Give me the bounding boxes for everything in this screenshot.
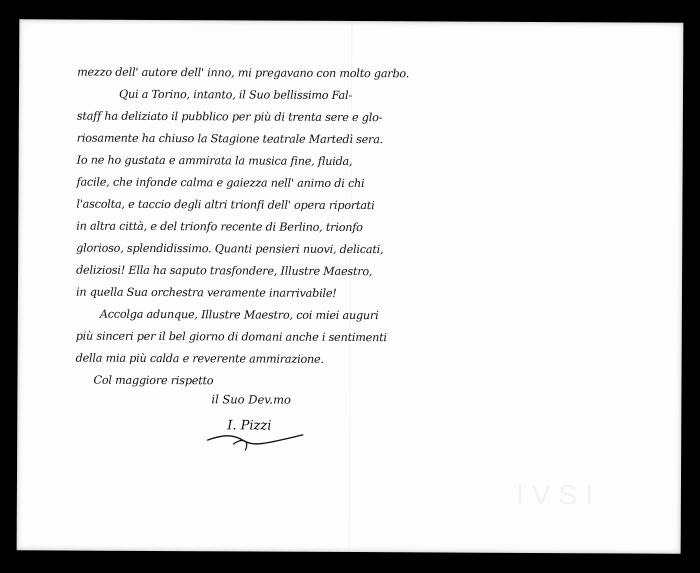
signature-flourish bbox=[203, 428, 313, 453]
letter-line-11: in quella Sua orchestra veramente inarri… bbox=[76, 286, 337, 300]
letter-line-8: in altra città, e del trionfo recente di… bbox=[76, 220, 363, 234]
letter-line-15: Col maggiore rispetto bbox=[93, 374, 213, 388]
letter-line-13: più sinceri per il bel giorno di domani … bbox=[76, 330, 387, 345]
letter-line-3: staff ha deliziato il pubblico per più d… bbox=[77, 110, 382, 125]
letter-line-14: della mia più calda e reverente ammirazi… bbox=[76, 352, 324, 366]
faint-watermark: IVSI bbox=[516, 479, 601, 511]
letter-line-6: facile, che infonde calma e gaiezza nell… bbox=[77, 176, 365, 191]
letter-line-4: riosamente ha chiuso la Stagione teatral… bbox=[77, 132, 383, 147]
closing-text: il Suo Dev.mo bbox=[211, 392, 291, 406]
letter-line-2: Qui a Torino, intanto, il Suo bellissimo… bbox=[119, 88, 352, 102]
letter-line-5: Io ne ho gustata e ammirata la musica fi… bbox=[77, 154, 353, 168]
letter-spread: mezzo dell' autore dell' inno, mi pregav… bbox=[17, 19, 684, 553]
letter-line-12: Accolga adunque, Illustre Maestro, coi m… bbox=[100, 308, 379, 322]
letter-line-9: glorioso, splendidissimo. Quanti pensier… bbox=[76, 242, 383, 257]
letter-line-7: l'ascolta, e taccio degli altri trionfi … bbox=[76, 198, 374, 213]
letter-line-1: mezzo dell' autore dell' inno, mi pregav… bbox=[77, 66, 409, 81]
letter-line-10: deliziosi! Ella ha saputo trasfondere, I… bbox=[76, 264, 372, 279]
